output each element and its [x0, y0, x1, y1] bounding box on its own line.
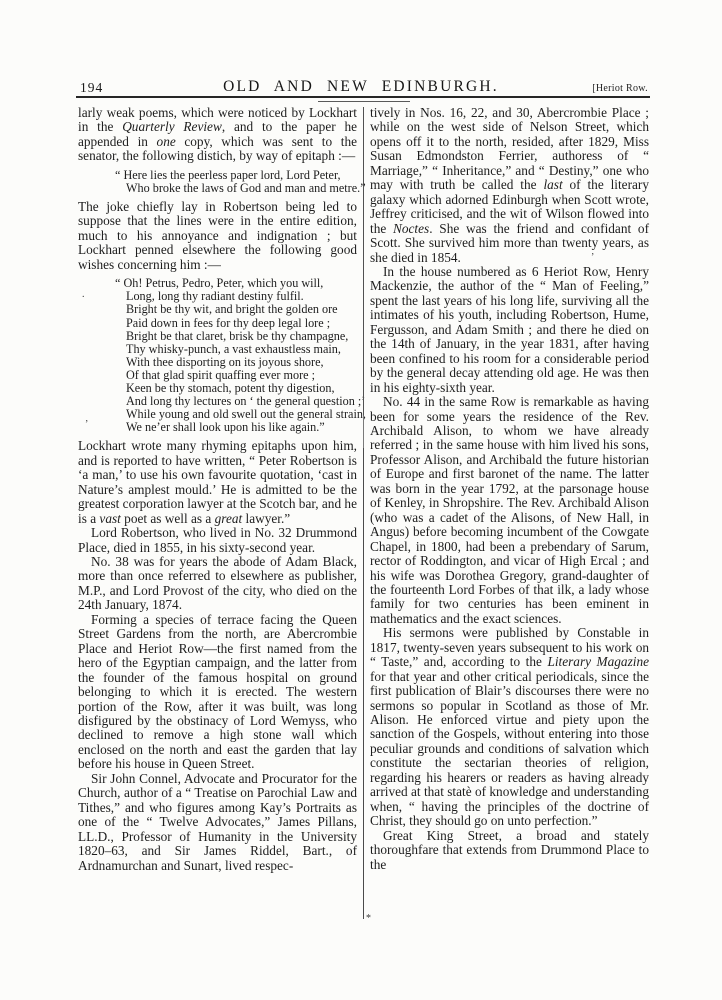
body-text: No. 38 was for years the abode of Adam B… [78, 554, 357, 612]
paragraph: Forming a species of terrace facing the … [78, 613, 357, 772]
scan-speck: ’ [591, 253, 594, 263]
verse-block: “ Here lies the peerless paper lord, Lor… [115, 169, 357, 195]
body-text: lawyer.” [242, 511, 290, 526]
paragraph: No. 44 in the same Row is remarkable as … [370, 395, 649, 626]
body-text: In the house numbered as 6 Heriot Row, H… [370, 264, 649, 395]
verse-line: Bright be thy wit, and bright the golden… [126, 303, 357, 316]
running-header: [Heriot Row. [592, 83, 648, 94]
paragraph: The joke chiefly lay in Robertson being … [78, 200, 357, 272]
verse-line: Bright be that claret, brisk be thy cham… [126, 330, 357, 343]
verse-line: “ Here lies the peerless paper lord, Lor… [115, 169, 357, 182]
text-columns: larly weak poems, which were noticed by … [78, 106, 650, 919]
paragraph: Great King Street, a broad and stately t… [370, 829, 649, 872]
body-text: Sir John Connel, Advocate and Procurator… [78, 771, 357, 873]
column-divider-rule [363, 107, 364, 919]
paragraph: Sir John Connel, Advocate and Procurator… [78, 772, 357, 873]
verse-block: “ Oh! Petrus, Pedro, Peter, which you wi… [115, 277, 357, 434]
italic-text: great [215, 511, 243, 526]
right-column: tively in Nos. 16, 22, and 30, Abercromb… [370, 106, 649, 872]
body-text: Great King Street, a broad and stately t… [370, 828, 649, 872]
verse-line: Paid down in fees for thy deep legal lor… [126, 317, 357, 330]
verse-line: Who broke the laws of God and man and me… [126, 182, 357, 195]
italic-text: Literary Magazine [547, 654, 649, 669]
verse-line: With thee disporting on its joyous shore… [126, 356, 357, 369]
paragraph: No. 38 was for years the abode of Adam B… [78, 555, 357, 613]
verse-line: Thy whisky-punch, a vast exhaustless mai… [126, 343, 357, 356]
paragraph: tively in Nos. 16, 22, and 30, Abercromb… [370, 106, 649, 265]
body-text: for that year and other critical periodi… [370, 669, 649, 829]
paragraph: Lord Robertson, who lived in No. 32 Drum… [78, 526, 357, 555]
left-column: larly weak poems, which were noticed by … [78, 106, 357, 873]
book-page: 194 OLD AND NEW EDINBURGH. [Heriot Row. … [0, 0, 722, 1000]
italic-text: Noctes [393, 221, 429, 236]
body-text: No. 44 in the same Row is remarkable as … [370, 394, 649, 626]
paragraph: Lockhart wrote many rhyming epitaphs upo… [78, 439, 357, 526]
body-text: Lord Robertson, who lived in No. 32 Drum… [78, 525, 357, 554]
header-rule [76, 96, 650, 98]
body-text: Forming a species of terrace facing the … [78, 612, 357, 772]
paragraph: In the house numbered as 6 Heriot Row, H… [370, 265, 649, 395]
italic-text: one [157, 134, 176, 149]
italic-text: Quarterly Review [122, 119, 222, 134]
header-rule-artifact [318, 101, 410, 102]
italic-text: last [543, 177, 562, 192]
body-text: poet as well as a [121, 511, 215, 526]
scan-speck: * [366, 914, 371, 924]
paragraph: larly weak poems, which were noticed by … [78, 106, 357, 164]
scan-speck: ’ [85, 420, 88, 430]
body-text: The joke chiefly lay in Robertson being … [78, 199, 357, 272]
scan-speck: . [82, 290, 85, 300]
paragraph: His sermons were published by Constable … [370, 626, 649, 828]
italic-text: vast [99, 511, 120, 526]
verse-line: We ne’er shall look upon his like again.… [126, 421, 357, 434]
